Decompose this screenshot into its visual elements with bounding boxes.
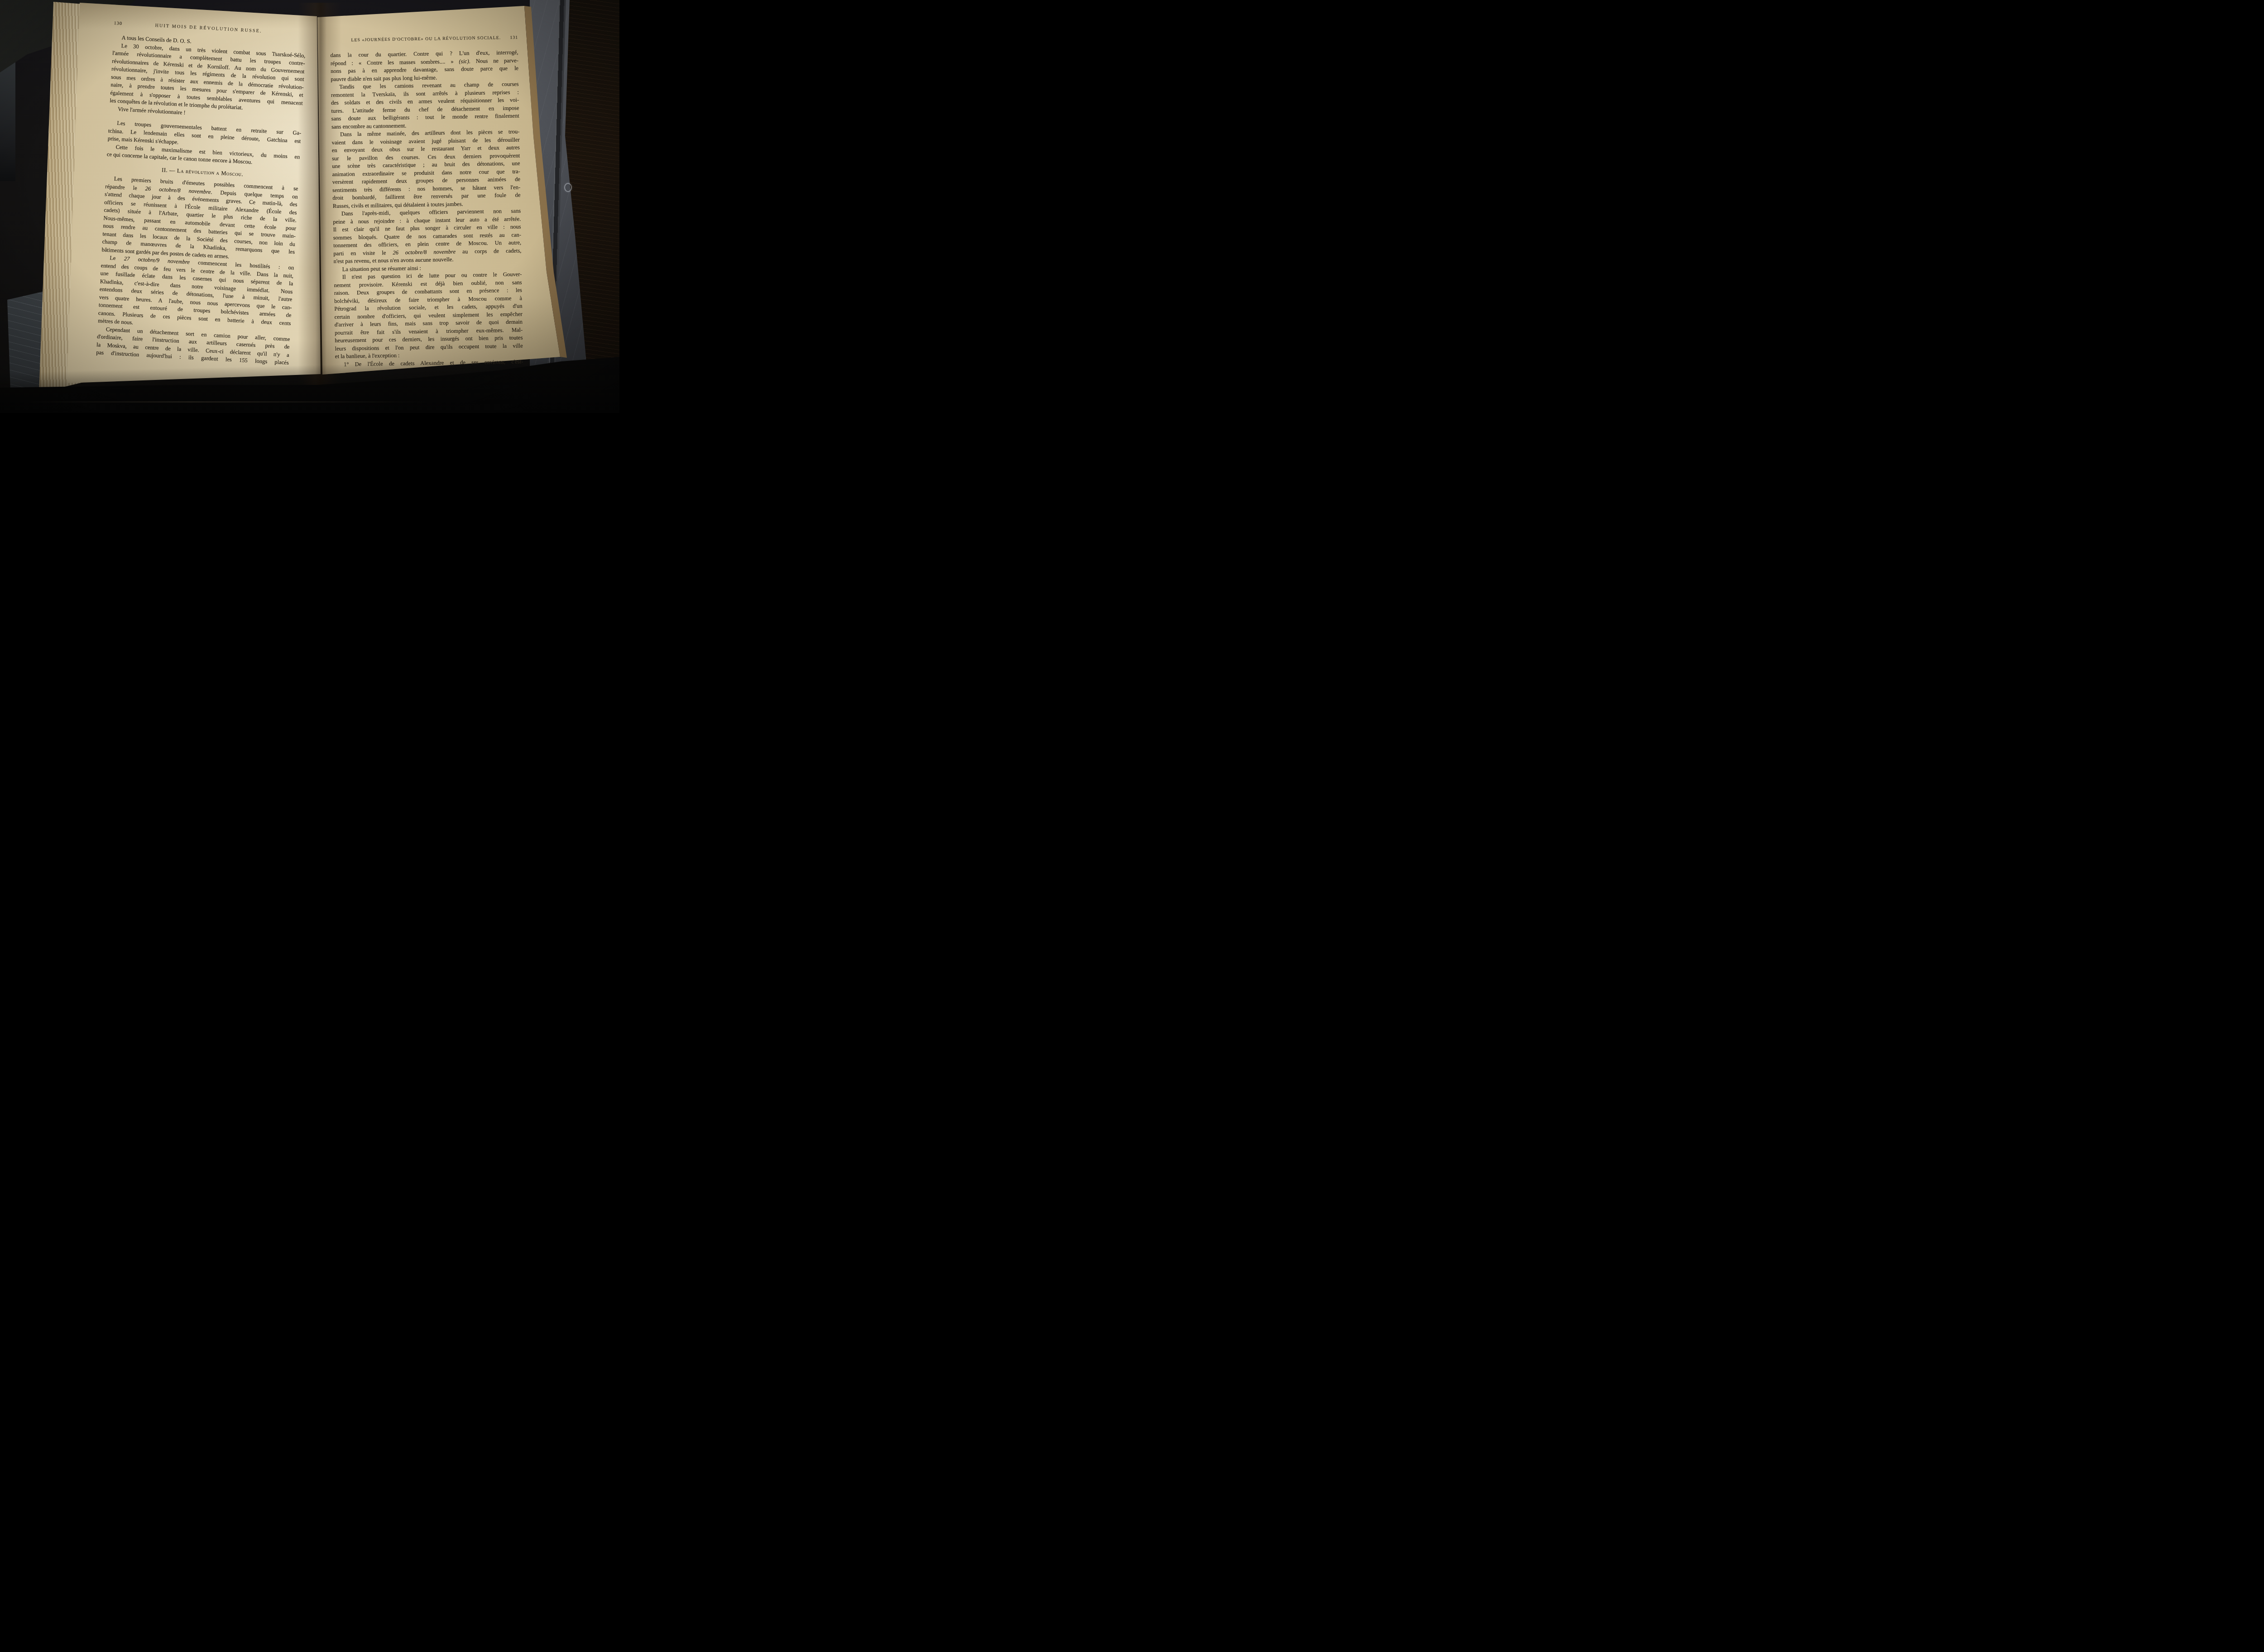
paragraph: dans la cour du quartier. Contre qui ? L… xyxy=(330,48,518,83)
page-number: 131 xyxy=(510,35,518,40)
paragraph: Le 27 octobre/9 novembre commencent les … xyxy=(98,254,294,335)
table-edge-highlight xyxy=(27,401,435,403)
left-page-body: A tous les Conseils de D. O. S.Le 30 oct… xyxy=(96,34,306,367)
metal-grommet xyxy=(564,183,572,192)
right-page-text: LES «JOURNÉES D'OCTOBRE» OU LA RÉVOLUTIO… xyxy=(330,35,523,368)
book-photograph: 130 HUIT MOIS DE RÉVOLUTION RUSSE. A tou… xyxy=(0,0,619,413)
page-number: 130 xyxy=(114,21,122,27)
paragraph: Le 30 octobre, dans un très violent comb… xyxy=(110,41,306,115)
right-page-body: dans la cour du quartier. Contre qui ? L… xyxy=(330,48,523,368)
paragraph: Dans l'après-midi, quelques officiers pa… xyxy=(333,207,522,265)
left-page-text: 130 HUIT MOIS DE RÉVOLUTION RUSSE. A tou… xyxy=(96,21,307,367)
paragraph: Dans la même matinée, des artilleurs don… xyxy=(331,128,521,210)
header-spacer xyxy=(295,34,307,35)
paragraph: Tandis que les camions revenant au champ… xyxy=(331,80,520,131)
paragraph: Les premiers bruits d'émeutes possibles … xyxy=(101,175,298,264)
paragraph: Il n'est pas question ici de lutte pour … xyxy=(334,270,523,360)
